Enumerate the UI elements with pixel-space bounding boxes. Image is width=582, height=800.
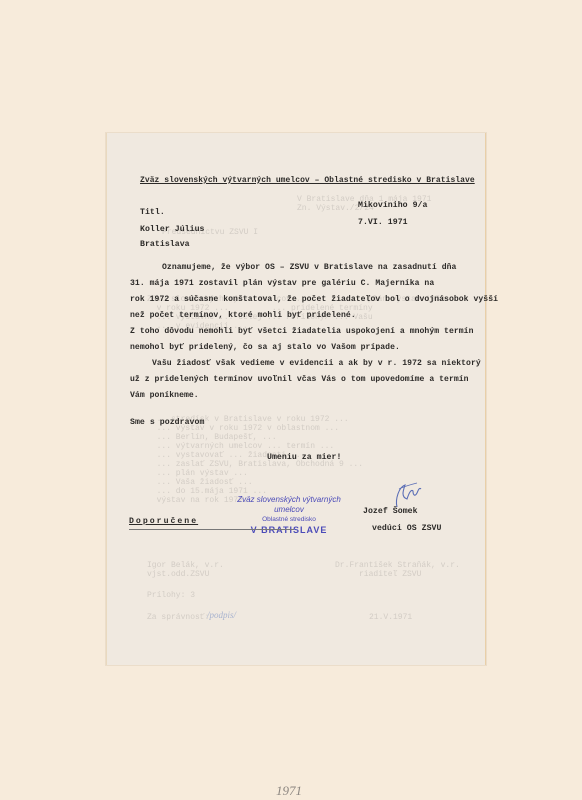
letter-date: 7.VI. 1971 bbox=[358, 218, 408, 227]
body-line: nemohol byť pridelený, čo sa aj stalo vo… bbox=[130, 343, 400, 352]
stamp-line: Zväz slovenských výtvarných umelcov bbox=[229, 495, 349, 515]
salutation-title: Titl. bbox=[140, 208, 165, 217]
pencil-date: 1971 bbox=[0, 783, 580, 799]
handwritten-note: /podpis/ bbox=[207, 610, 236, 620]
body-line: 31. mája 1971 zostavil plán výstav pre g… bbox=[130, 279, 434, 288]
signature-icon bbox=[393, 481, 423, 509]
backside-ghost-text: Za správnosť: bbox=[147, 613, 209, 622]
recipient-name: Koller Július bbox=[140, 225, 205, 234]
backside-ghost-text: Prílohy: 3 bbox=[147, 591, 195, 600]
signatory-name: Jozef Šomek bbox=[363, 507, 418, 516]
letter-sheet: V Bratislave dňa 1 mája 1971 Zn. Výstav.… bbox=[106, 133, 486, 665]
recipient-city: Bratislava bbox=[140, 240, 190, 249]
stamp-line: Oblastné stredisko bbox=[229, 515, 349, 525]
signatory-role: vedúci OS ZSVU bbox=[372, 524, 442, 533]
letterhead: Zväz slovenských výtvarných umelcov – Ob… bbox=[140, 176, 475, 185]
body-line: Vám poníkneme. bbox=[130, 391, 199, 400]
body-line: rok 1972 a súčasne konštatoval, že počet… bbox=[130, 295, 498, 304]
backside-ghost-text: vjst.odd.ZSVU bbox=[147, 570, 209, 579]
closing: Sme s pozdravom bbox=[130, 418, 204, 427]
divider bbox=[129, 529, 294, 530]
stamp-line: V BRATISLAVE bbox=[229, 525, 349, 535]
backside-ghost-text: 21.V.1971 bbox=[369, 613, 412, 622]
body-line: Oznamujeme, že výbor OS – ZSVU v Bratisl… bbox=[162, 263, 456, 272]
body-line: Vašu žiadosť však vedieme v evidencii a … bbox=[152, 359, 481, 368]
backside-ghost-text: Igor Belák, v.r. bbox=[147, 561, 224, 570]
body-line: než počet termínov, ktoré mohli byť prid… bbox=[130, 311, 356, 320]
backside-ghost-text: Dr.František Straňák, v.r. bbox=[335, 561, 460, 570]
registered-mark: Doporučene bbox=[129, 517, 198, 526]
sender-address: Mikovíniho 9/a bbox=[358, 201, 428, 210]
body-line: už z pridelených termínov uvoľnil včas V… bbox=[130, 375, 469, 384]
backside-ghost-text: riaditeľ ZSVU bbox=[359, 570, 421, 579]
body-line: Z toho dôvodu nemohli byť všetci žiadate… bbox=[130, 327, 474, 336]
motto: Umeniu za mier! bbox=[267, 453, 341, 462]
